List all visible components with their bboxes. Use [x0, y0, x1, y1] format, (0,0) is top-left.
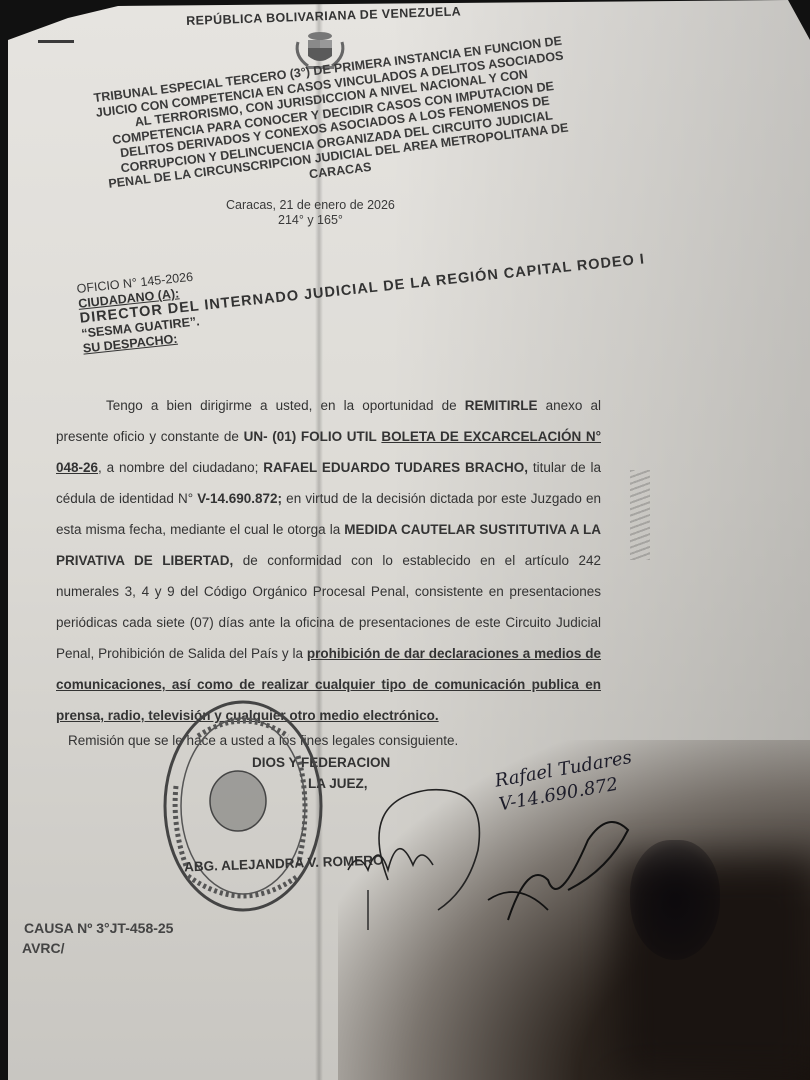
fingerprint-mark	[630, 840, 720, 960]
body-text: , a nombre del ciudadano;	[98, 460, 263, 475]
citizen-id: V-14.690.872;	[197, 491, 282, 506]
ink-speck	[630, 470, 650, 560]
court-seal-stamp-icon	[158, 696, 328, 916]
years-line: 214° y 165°	[278, 213, 343, 227]
body-paragraph: Tengo a bien dirigirme a usted, en la op…	[56, 390, 601, 731]
date-line: Caracas, 21 de enero de 2026	[226, 198, 395, 212]
citizen-name: RAFAEL EDUARDO TUDARES BRACHO,	[263, 460, 528, 475]
body-bold: REMITIRLE	[465, 398, 538, 413]
body-text: de conformidad con lo establecido en el …	[56, 553, 601, 661]
case-number: CAUSA Nº 3°JT-458-25	[24, 920, 173, 936]
document-page: REPÚBLICA BOLIVARIANA DE VENEZUELA TRIBU…	[8, 0, 810, 1080]
folio-count: UN- (01) FOLIO UTIL	[244, 429, 377, 444]
typist-initials: AVRC/	[22, 940, 65, 956]
body-text: Tengo a bien dirigirme a usted, en la op…	[106, 398, 465, 413]
corner-pen-mark	[38, 40, 74, 43]
